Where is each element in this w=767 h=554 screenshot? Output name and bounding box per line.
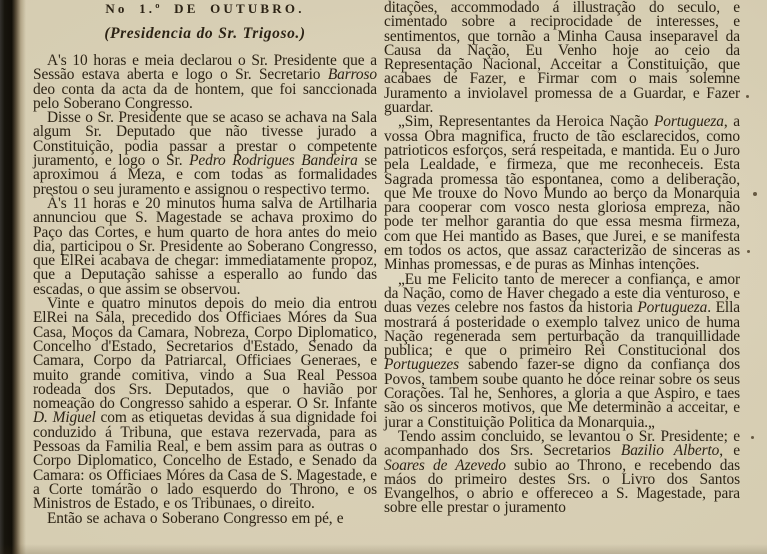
paragraph: Vinte e quatro minutos depois do meio di… bbox=[33, 297, 377, 511]
paper-speck bbox=[747, 250, 750, 253]
paragraph: ditações, accommodado á illustração do s… bbox=[384, 1, 740, 115]
scanned-page: No 1.º DE OUTUBRO. (Presidencia do Sr. T… bbox=[0, 0, 767, 554]
page-left-edge bbox=[0, 0, 26, 554]
page-bottom-shade bbox=[0, 544, 767, 554]
right-column: ditações, accommodado á illustração do s… bbox=[384, 0, 740, 516]
paragraph: Tendo assim concluido, se levantou o Sr.… bbox=[384, 430, 740, 516]
date-heading: No 1.º DE OUTUBRO. bbox=[33, 1, 377, 16]
paragraph-text: com as etiquetas devidas á sua dignidade… bbox=[33, 409, 377, 512]
paragraph: A's 10 horas e meia declarou o Sr. Presi… bbox=[33, 54, 377, 111]
paragraph-text: Vinte e quatro minutos depois do meio di… bbox=[33, 295, 377, 412]
paper-speck bbox=[746, 95, 749, 98]
paragraph-text: Então se achava o Soberano Congresso em … bbox=[47, 510, 344, 527]
paragraph: Disse o Sr. Presidente que se acaso se a… bbox=[33, 111, 377, 197]
paper-speck bbox=[753, 192, 757, 196]
left-column-paragraphs: A's 10 horas e meia declarou o Sr. Presi… bbox=[33, 54, 377, 526]
paragraph-text: ditações, accommodado á illustração do s… bbox=[384, 0, 740, 116]
left-column: No 1.º DE OUTUBRO. (Presidencia do Sr. T… bbox=[33, 0, 377, 526]
paragraph: À's 11 horas e 20 minutos huma salva de … bbox=[33, 197, 377, 297]
paragraph-text: A's 10 horas e meia declarou o Sr. Presi… bbox=[33, 52, 377, 83]
paragraph-text: deo conta da acta da de hontem, que foi … bbox=[33, 81, 377, 112]
paragraph: „Eu me Felicito tanto de merecer a confi… bbox=[384, 273, 740, 430]
right-column-paragraphs: ditações, accommodado á illustração do s… bbox=[384, 1, 740, 516]
paragraph: „Sim, Representantes da Heroica Nação Po… bbox=[384, 115, 740, 272]
paragraph-text: , a vossa Obra magnifica, fructo de tão … bbox=[384, 113, 740, 273]
paragraph: Então se achava o Soberano Congresso em … bbox=[33, 512, 377, 526]
paper-speck bbox=[751, 436, 754, 439]
presidency-note: (Presidencia do Sr. Trigoso.) bbox=[33, 25, 377, 42]
paragraph-text: À's 11 horas e 20 minutos huma salva de … bbox=[33, 195, 377, 298]
